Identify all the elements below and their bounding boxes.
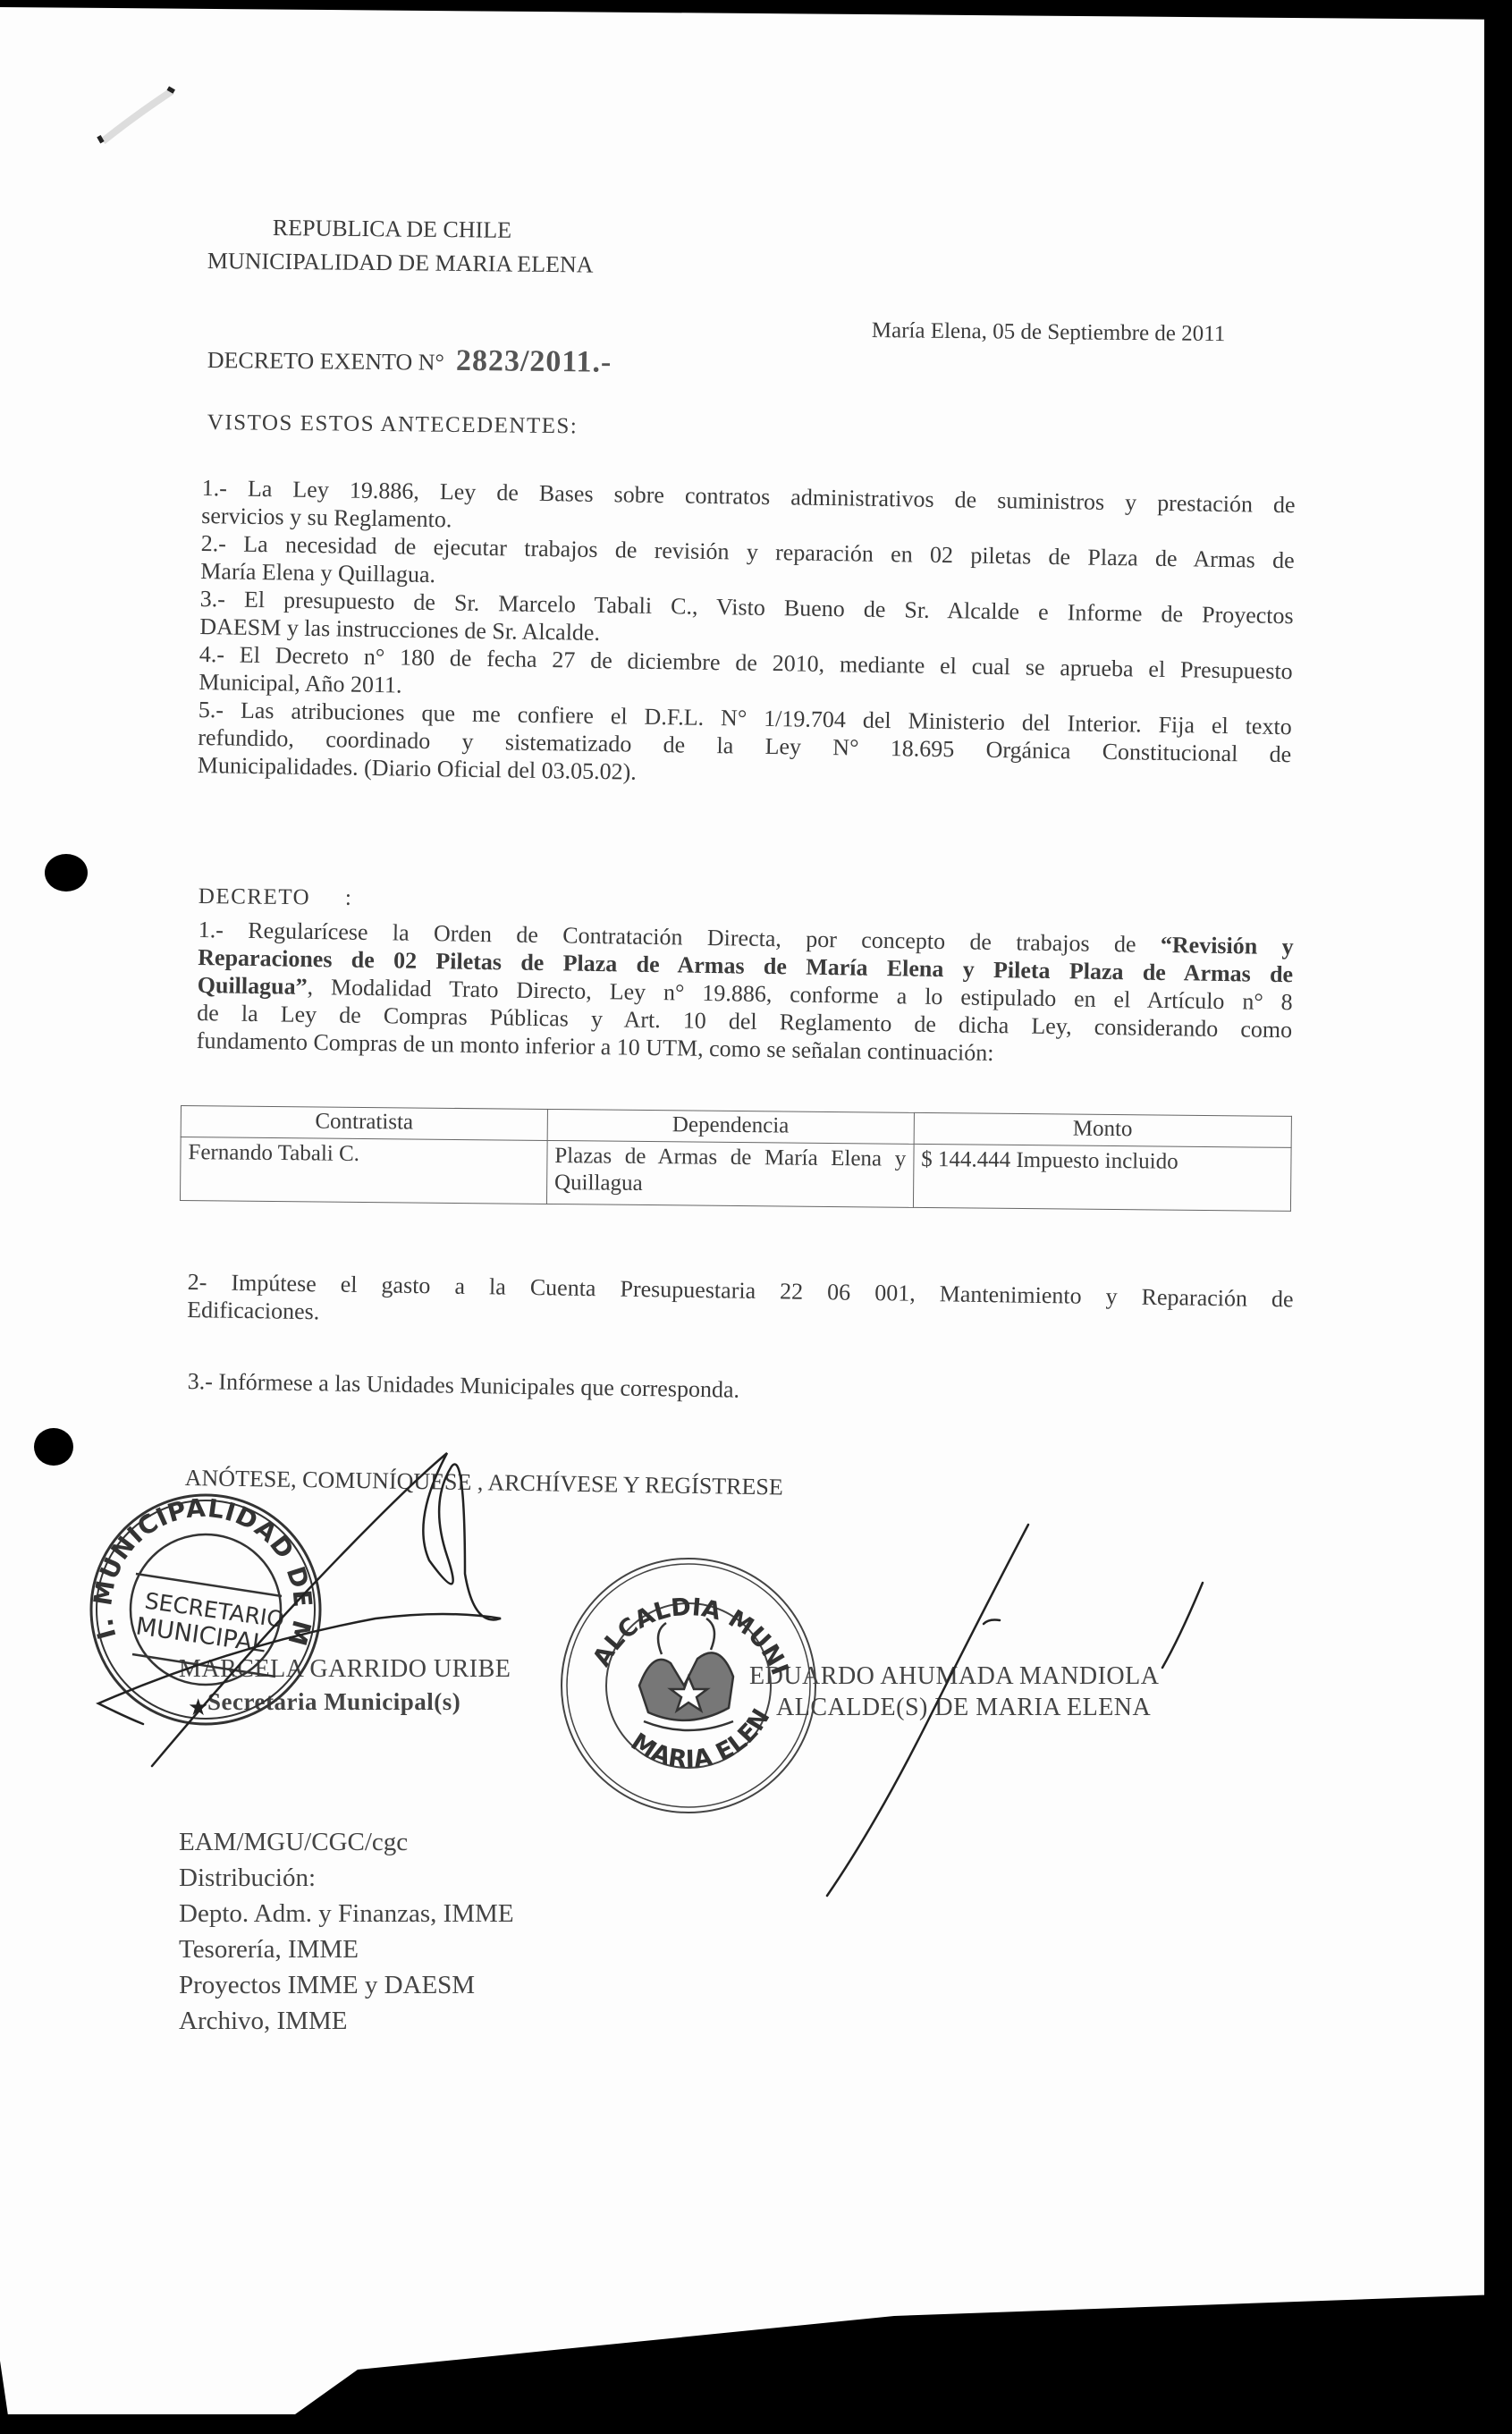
distribution-label: Distribución: <box>179 1860 316 1896</box>
signature-1 <box>98 1453 501 1766</box>
punch-hole <box>45 854 88 892</box>
scanned-page: REPUBLICA DE CHILE MUNICIPALIDAD DE MARI… <box>0 0 1512 2434</box>
signature-2 <box>827 1525 1028 1896</box>
distribution-item: Proyectos IMME y DAESM <box>179 1967 475 2003</box>
initials: EAM/MGU/CGC/cgc <box>179 1824 408 1860</box>
staple-mark <box>89 80 188 152</box>
signature-2-mark <box>984 1620 1000 1625</box>
signature-strokes <box>0 0 1512 2434</box>
signature-2-tick <box>1162 1583 1203 1668</box>
distribution-item: Tesorería, IMME <box>179 1931 359 1967</box>
punch-hole <box>34 1428 73 1466</box>
distribution-item: Depto. Adm. y Finanzas, IMME <box>179 1896 514 1931</box>
distribution-item: Archivo, IMME <box>179 2003 347 2039</box>
